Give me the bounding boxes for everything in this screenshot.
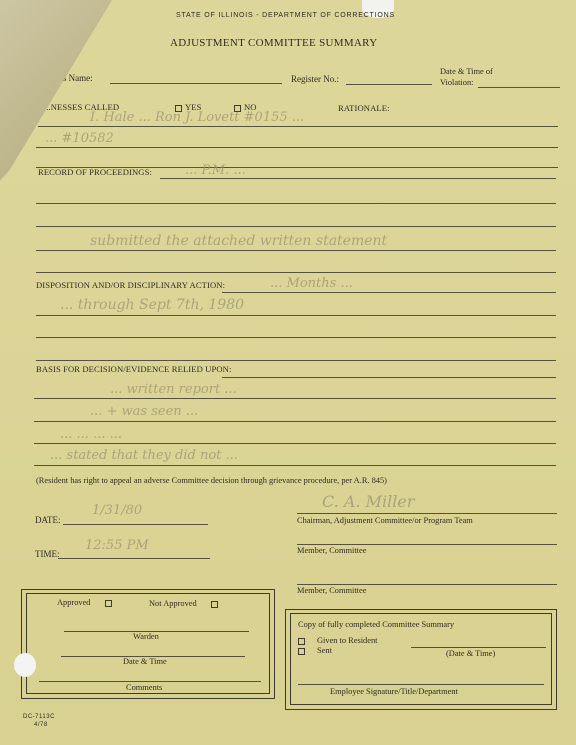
- not-approved-option[interactable]: Not Approved: [149, 599, 221, 608]
- record-line-4[interactable]: [36, 250, 556, 251]
- comments-line[interactable]: [39, 681, 261, 682]
- record-line-5[interactable]: [36, 272, 556, 273]
- register-no-field[interactable]: [346, 84, 432, 85]
- given-label: Given to Resident: [317, 636, 377, 645]
- form-date: 4/78: [34, 722, 48, 728]
- copy-date-line[interactable]: [411, 647, 546, 648]
- member-signature-line-1[interactable]: [297, 544, 557, 545]
- disposition-line-1[interactable]: [222, 292, 556, 293]
- basis-line-1[interactable]: [222, 377, 556, 378]
- given-option[interactable]: Given to Resident: [298, 636, 377, 645]
- basis-line-2[interactable]: [34, 398, 556, 399]
- disposition-handwriting-1: ... Months ...: [270, 276, 353, 291]
- date-label: DATE:: [35, 515, 61, 525]
- approved-option[interactable]: Approved: [57, 598, 115, 607]
- chairman-label: Chairman, Adjustment Committee/or Progra…: [297, 516, 473, 525]
- form-title: ADJUSTMENT COMMITTEE SUMMARY: [170, 37, 377, 49]
- time-handwriting: 12:55 PM: [85, 538, 149, 553]
- record-line-3[interactable]: [36, 226, 556, 227]
- date-handwriting: 1/31/80: [92, 503, 142, 518]
- member-label-1: Member, Committee: [297, 546, 366, 555]
- basis-line-3[interactable]: [34, 421, 556, 422]
- sent-label: Sent: [317, 646, 332, 655]
- chairman-signature: C. A. Miller: [322, 492, 414, 511]
- record-line-1[interactable]: [160, 178, 556, 179]
- basis-line-4[interactable]: [34, 443, 556, 444]
- given-checkbox[interactable]: [298, 638, 305, 645]
- record-label: RECORD OF PROCEEDINGS:: [38, 167, 152, 177]
- disposition-line-2[interactable]: [36, 315, 556, 316]
- time-field[interactable]: [58, 558, 210, 559]
- chairman-signature-line[interactable]: [297, 513, 557, 514]
- register-no-label: Register No.:: [291, 74, 339, 84]
- witnesses-handwriting-1: I. Hale ... Ron J. Lovett #0155 ...: [90, 110, 304, 125]
- witnesses-line-1[interactable]: [38, 126, 558, 127]
- violation-label-2: Violation:: [440, 78, 473, 87]
- employee-signature-label: Employee Signature/Title/Department: [330, 687, 458, 696]
- warden-label: Warden: [133, 632, 159, 641]
- approved-checkbox[interactable]: [105, 600, 112, 607]
- copy-box-title: Copy of fully completed Committee Summar…: [298, 620, 454, 629]
- employee-signature-line[interactable]: [298, 684, 544, 685]
- agency-header: STATE OF ILLINOIS - DEPARTMENT OF CORREC…: [176, 12, 395, 19]
- witnesses-handwriting-2: ... #10582: [45, 131, 114, 146]
- disposition-line-4[interactable]: [36, 360, 556, 361]
- date-field[interactable]: [63, 524, 208, 525]
- basis-line-5[interactable]: [34, 465, 556, 466]
- disposition-line-3[interactable]: [36, 337, 556, 338]
- copy-date-label: (Date & Time): [446, 649, 495, 658]
- sent-option[interactable]: Sent: [298, 646, 332, 655]
- rationale-label: RATIONALE:: [338, 103, 390, 113]
- basis-label: BASIS FOR DECISION/EVIDENCE RELIED UPON:: [36, 364, 231, 374]
- member-label-2: Member, Committee: [297, 586, 366, 595]
- basis-handwriting-2: ... + was seen ...: [90, 404, 198, 419]
- approved-label: Approved: [57, 598, 91, 607]
- resident-name-field[interactable]: [110, 83, 282, 84]
- not-approved-checkbox[interactable]: [211, 601, 218, 608]
- appeal-note: (Resident has right to appeal an adverse…: [36, 476, 387, 485]
- basis-handwriting-3: ... ... ... ...: [60, 427, 122, 442]
- member-signature-line-2[interactable]: [297, 584, 557, 585]
- record-handwriting-4: submitted the attached written statement: [90, 233, 387, 249]
- witnesses-line-2[interactable]: [36, 147, 558, 148]
- folded-corner: [0, 0, 112, 186]
- time-label: TIME:: [35, 549, 60, 559]
- disposition-label: DISPOSITION AND/OR DISCIPLINARY ACTION:: [36, 280, 225, 290]
- not-approved-label: Not Approved: [149, 599, 197, 608]
- basis-handwriting-1: ... written report ...: [110, 382, 237, 397]
- violation-label-1: Date & Time of: [440, 67, 493, 76]
- form-paper: STATE OF ILLINOIS - DEPARTMENT OF CORREC…: [0, 0, 576, 745]
- disposition-handwriting-2: ... through Sept 7th, 1980: [60, 297, 244, 313]
- basis-handwriting-4: ... stated that they did not ...: [50, 448, 238, 463]
- violation-field[interactable]: [478, 87, 560, 88]
- record-line-2[interactable]: [36, 203, 556, 204]
- punch-hole: [14, 653, 36, 677]
- form-code: DC-7113C: [23, 714, 55, 720]
- sent-checkbox[interactable]: [298, 648, 305, 655]
- record-handwriting-1: ... P.M. ...: [185, 163, 246, 178]
- warden-date-label: Date & Time: [123, 657, 167, 666]
- warden-box-inner: [26, 593, 270, 694]
- comments-label: Comments: [126, 683, 162, 692]
